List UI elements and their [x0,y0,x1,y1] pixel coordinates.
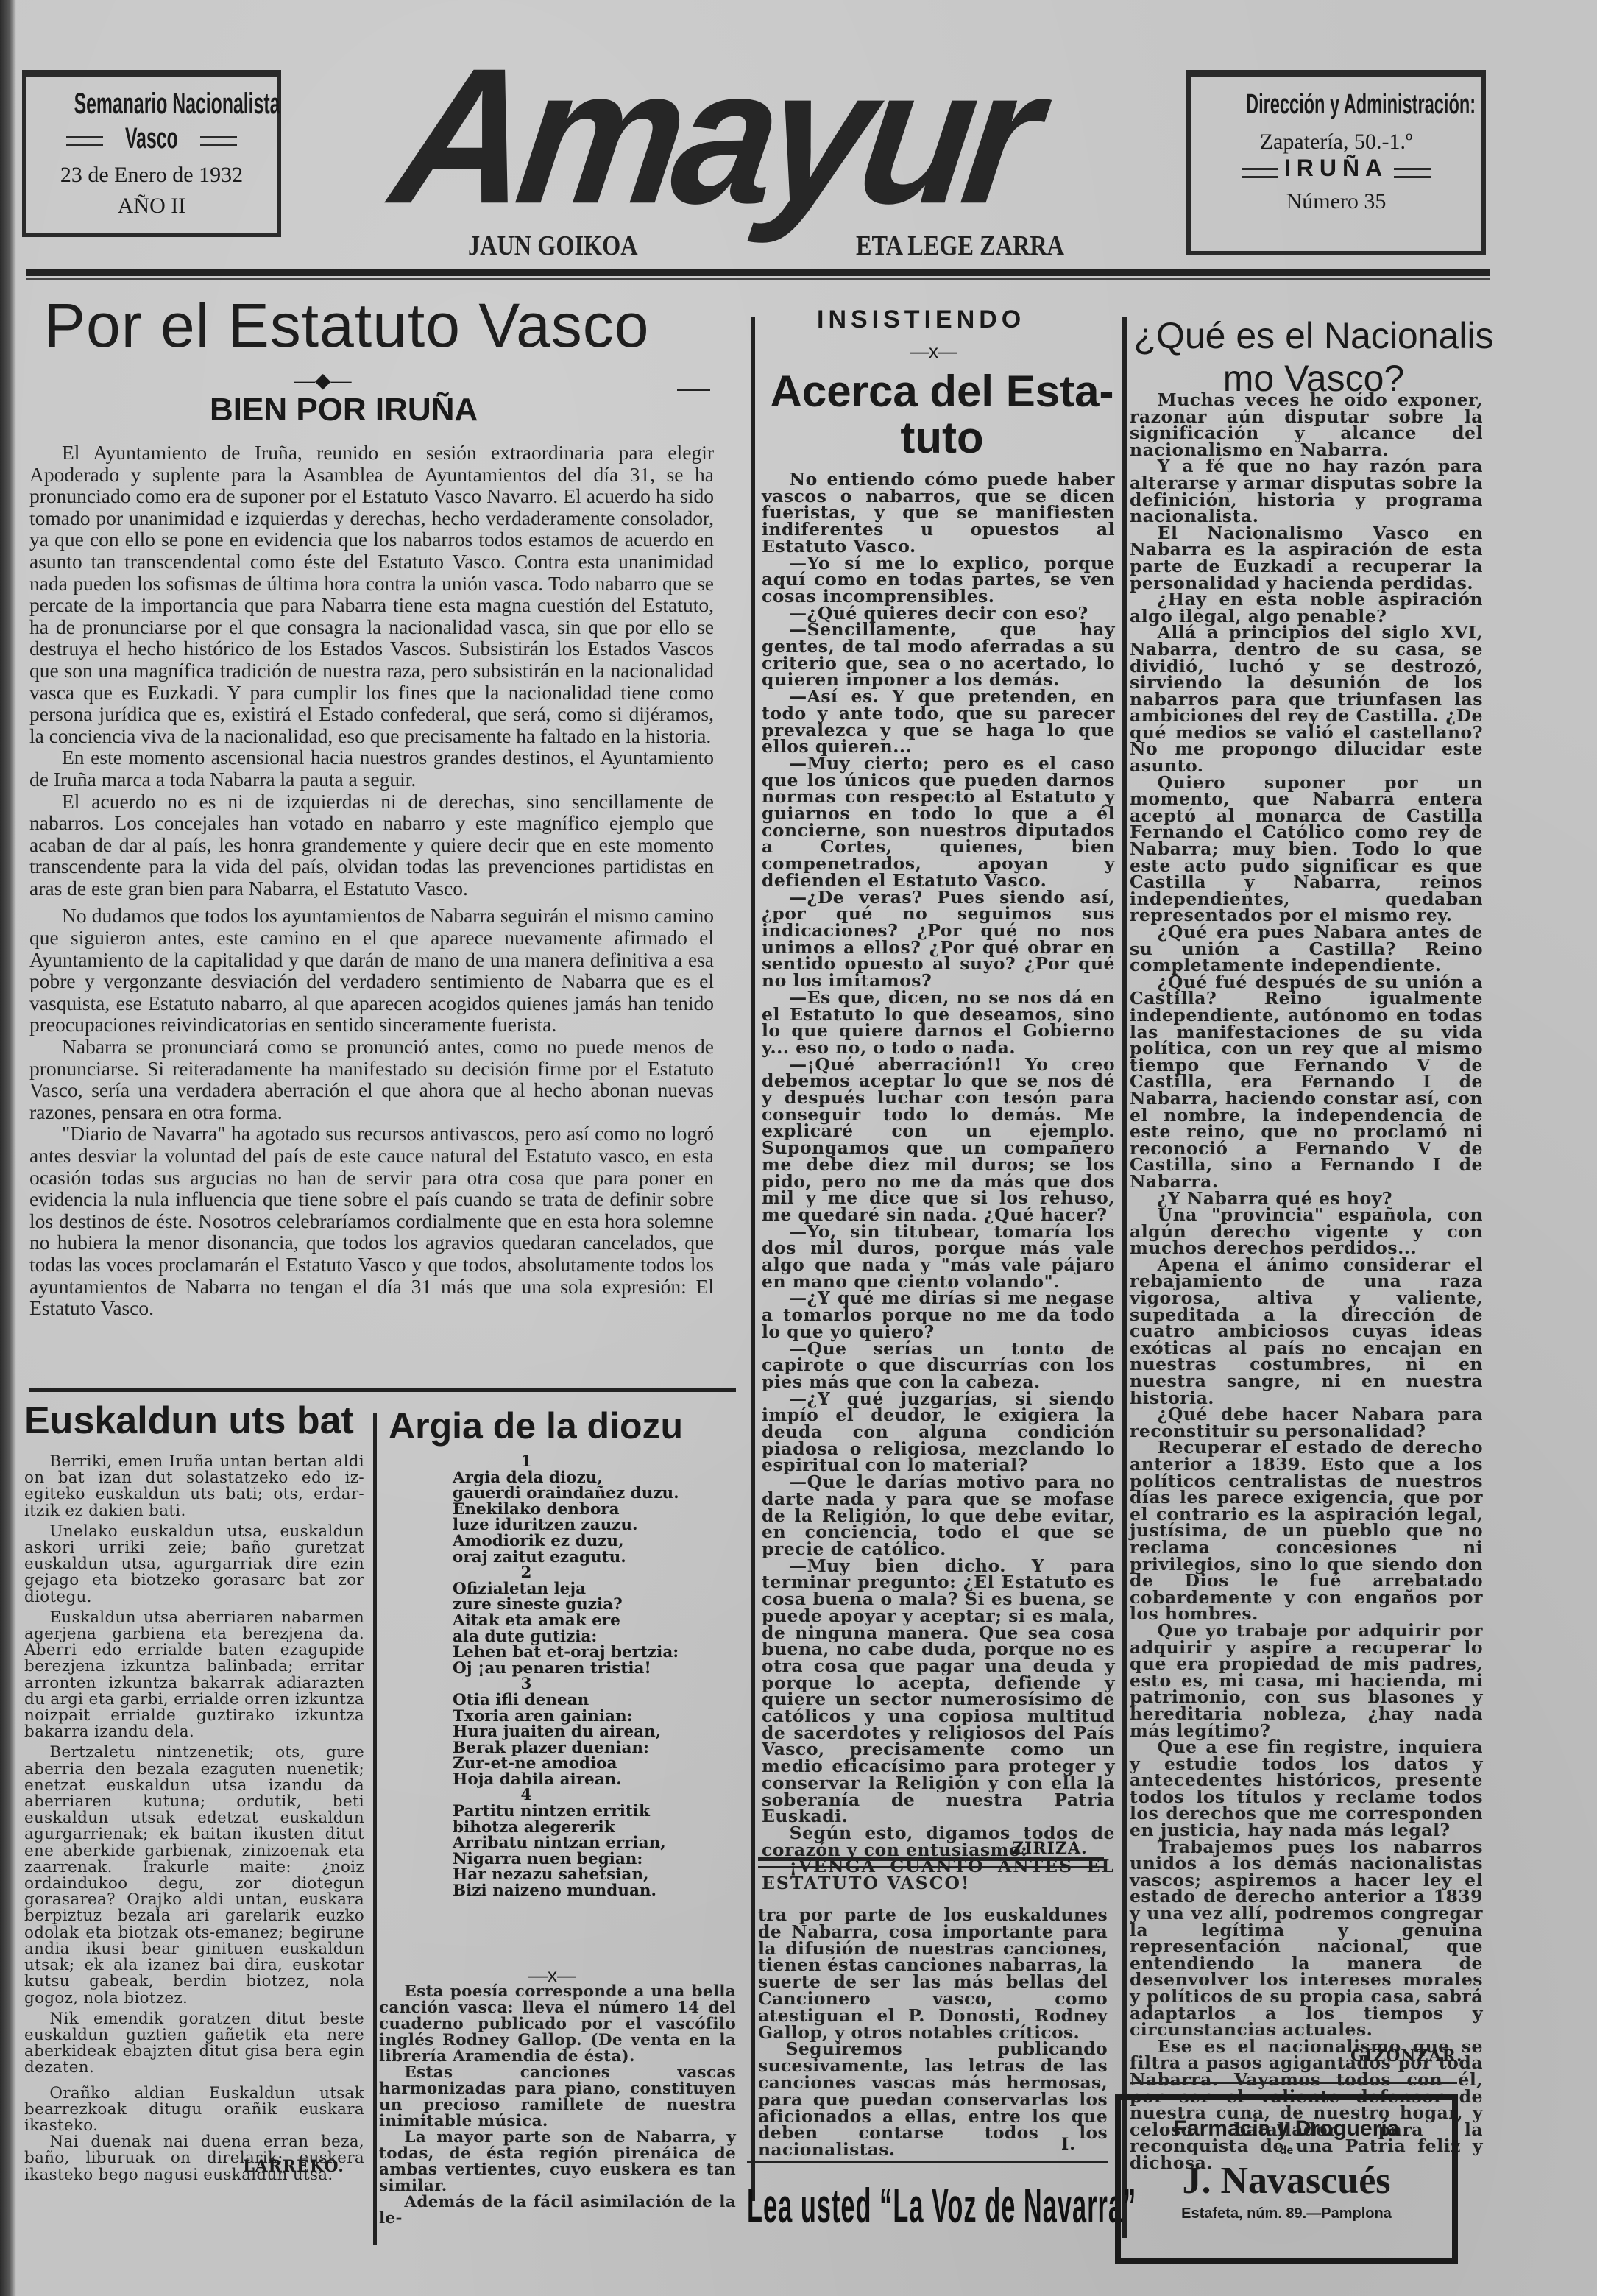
poem-line: zure sineste guzia? [453,1597,732,1613]
paragraph: Recuperar el estado de derecho anterior … [1130,1439,1483,1622]
dash-mark [677,389,710,391]
poem-line: Bizi naizeno munduan. [453,1883,732,1899]
paragraph: —Que serías un tonto de capirote o que d… [762,1340,1115,1391]
poem-line: Hura juaiten du airean, [453,1724,732,1740]
headline-acerca: Acerca del Esta- tuto [758,368,1126,461]
paragraph: —¿Y qué me dirías si me negase a tomarlo… [762,1290,1115,1340]
paragraph: Trabajemos pues los nabarros unidos a lo… [1130,1839,1483,2038]
headline-estatuto: Por el Estatuto Vasco [44,294,650,356]
headline-argia: Argia de la diozu [389,1405,683,1447]
poem-line: Txoria aren gainian: [453,1709,732,1725]
masthead-year: AÑO II [26,194,277,219]
ornament-divider: —◆— [294,368,352,393]
motto-right: ETA LEGE ZARRA [856,230,1064,262]
paragraph: Que a ese fin registre, inquiera y estud… [1130,1739,1483,1839]
ad-pharmacy: Farmacia y Droguería de J. Navascués Est… [1115,2094,1458,2264]
headline-line: ¿Qué es el Nacionalis [1130,315,1498,358]
paragraph: —Sencillamente, que hay gentes, de tal m… [762,621,1115,688]
stanza-number: 3 [453,1676,600,1692]
poem-line: Nigarra nuen begian: [453,1851,732,1868]
pharmacy-address: Estafeta, núm. 89.—Pamplona [1121,2205,1452,2222]
article-insistiendo-body: No entiendo cómo puede haber vascos o na… [762,471,1115,1892]
paragraph: Allá a principios del siglo XVI, Nabarra… [1130,624,1483,774]
signature-initial: I. [1061,2135,1076,2154]
section-rule [747,2161,1108,2163]
headline-nacionalismo: ¿Qué es el Nacionalis mo Vasco? [1130,315,1498,400]
poem-line: Berak plazer duenian: [453,1740,732,1756]
masthead-publication-type-line2: Vasco [26,121,277,155]
poem-line: Arribatu nintzan errian, [453,1835,732,1851]
paragraph: Esta poesía corresponde a una bella canc… [379,1984,736,2065]
paragraph: No entiendo cómo puede haber vascos o na… [762,471,1115,555]
paragraph: —Es que, dicen, no se nos dá en el Estat… [762,989,1115,1056]
signature-larreko: LARREKO. [243,2157,344,2176]
poem-line: Enekilako denbora [453,1502,732,1518]
masthead-publication-type: Semanario Nacionalista [74,88,230,121]
poem-line: Argia dela diozu, [453,1470,732,1486]
paragraph: Que yo trabaje por adquirir por adquirir… [1130,1622,1483,1739]
article-argia-continuation: tra por parte de los euskaldunes de Naba… [758,1907,1108,2158]
paragraph: ¿Qué debe hacer Nabara para reconstituir… [1130,1406,1483,1439]
article-argia-body: Esta poesía corresponde a una bella canc… [379,1984,736,2227]
address-heading: Dirección y Administración: [1246,89,1426,121]
paragraph: Estas canciones vascas harmonizadas para… [379,2065,736,2130]
paragraph: ¡VENGA CUANTO ANTES EL ESTATUTO VASCO! [762,1858,1115,1891]
stanza-number: 4 [453,1787,600,1804]
newspaper-page: Semanario Nacionalista Vasco 23 de Enero… [0,0,1597,2296]
masthead-info-box: Semanario Nacionalista Vasco 23 de Enero… [22,70,281,237]
masthead-rule-thin [26,278,1490,280]
poem-line: Hoja dabila airean. [453,1772,732,1788]
poem-line: gauerdi oraindañez duzu. [453,1486,732,1502]
newspaper-title: Amayur [384,40,1044,233]
paragraph: ¿Qué era pues Nabara antes de su unión a… [1130,924,1483,974]
poem-line: luze iduritzen zauzu. [453,1517,732,1533]
paragraph: ¿Hay en esta noble aspiración algo ilega… [1130,591,1483,624]
poem: 1 Argia dela diozu, gauerdi oraindañez d… [453,1454,732,1899]
paragraph: La mayor parte son de Nabarra, y todas, … [379,2130,736,2194]
paragraph: El acuerdo no es ni de izquierdas ni de … [29,791,714,900]
paragraph: —¿De veras? Pues siendo así, ¿por qué no… [762,889,1115,989]
poem-line: Aitak eta amak ere [453,1613,732,1629]
masthead-rule [26,269,1490,276]
article-euskaldun-body: Berriki, emen Iruña untan bertan aldi on… [24,1454,364,2183]
paragraph: Y a fé que no hay razón para alterarse y… [1130,458,1483,524]
paragraph: Apena el ánimo considerar el rebajamient… [1130,1257,1483,1406]
paragraph: —Así es. Y que pretenden, en todo y ante… [762,688,1115,755]
paragraph: Bertzaletu nintzenetik; ots, gure aberri… [24,1745,364,2006]
section-rule [29,1388,736,1392]
paragraph: —¡Qué aberración!! Yo creo debemos acept… [762,1056,1115,1223]
subhead-bien-por-iruna: BIEN POR IRUÑA [210,392,478,428]
address-city-row: IRUÑA [1191,155,1481,182]
double-rule [200,136,237,146]
stanza-number: 2 [453,1565,600,1581]
paragraph: —Yo, sin titubear, tomaría los dos mil d… [762,1223,1115,1290]
poem-line: oraj zaitut ezagutu. [453,1550,732,1566]
address-city: IRUÑA [1284,155,1388,181]
ad-la-voz-de-navarra: Lea usted “La Voz de Navarra” [747,2177,1136,2233]
paragraph: "Diario de Navarra" ha agotado sus recur… [29,1123,714,1318]
paragraph: Una "provincia" española, con algún dere… [1130,1207,1483,1257]
poem-line: Zur-et-ne amodioa [453,1756,732,1772]
motto-left: JAUN GOIKOA [468,230,638,262]
signature-gizonzar: GIZONZAR. [1350,2046,1462,2066]
paragraph: Euskaldun utsa aberriaren nabarmen agerj… [24,1610,364,1741]
article-nacionalismo-body: Muchas veces he oído exponer, razonar aú… [1130,392,1483,2172]
article-estatuto-body: El Ayuntamiento de Iruña, reunido en ses… [29,442,714,1319]
paragraph: En este momento ascensional hacia nuestr… [29,746,714,790]
double-rule [1394,168,1431,178]
paragraph: ¿Qué fué después de su unión a Castilla?… [1130,974,1483,1190]
paragraph: Unelako euskaldun utsa, euskaldun askori… [24,1524,364,1606]
paragraph: Nabarra se pronunciará como se pronunció… [29,1036,714,1123]
headline-euskaldun: Euskaldun uts bat [24,1399,354,1443]
paragraph: Orañko aldian Euskaldun utsak bearrezkoa… [24,2085,364,2135]
signature-ziriza: ZIRIZA. [1012,1839,1088,1858]
issue-number: Número 35 [1191,189,1481,214]
scan-edge [0,0,16,2296]
poem-line: Oj ¡au penaren tristia! [453,1661,732,1677]
paragraph: Nik emendik goratzen ditut beste euskald… [24,2011,364,2077]
stanza-number: 1 [453,1454,600,1470]
poem-line: ala dute gutizia: [453,1629,732,1645]
paragraph: —Muy bien dicho. Y para terminar pregunt… [762,1558,1115,1825]
paragraph: El Ayuntamiento de Iruña, reunido en ses… [29,442,714,746]
address-street: Zapatería, 50.-1.º [1191,130,1481,155]
poem-line: Har nezazu sahetsian, [453,1867,732,1883]
kicker-insistiendo: INSISTIENDO [817,305,1025,334]
column-rule [751,317,755,2201]
separator: —x— [910,340,957,363]
paragraph: —Que le darías motivo para no darte nada… [762,1474,1115,1558]
paragraph: Berriki, emen Iruña untan bertan aldi on… [24,1454,364,1519]
paragraph: Muchas veces he oído exponer, razonar aú… [1130,392,1483,458]
pharmacy-line2: de [1121,2144,1452,2158]
paragraph: Además de la fácil asimilación de la le- [379,2194,736,2227]
poem-line: Partitu nintzen erritik [453,1804,732,1820]
column-rule [373,1413,377,2245]
masthead-address-box: Dirección y Administración: Zapatería, 5… [1186,70,1486,255]
headline-line: tuto [758,414,1126,461]
double-rule [66,136,103,146]
paragraph: No dudamos que todos los ayuntamientos d… [29,905,714,1036]
pharmacy-line1: Farmacia y Droguería [1121,2116,1452,2141]
poem-line: Lehen bat et-oraj bertzia: [453,1645,732,1661]
column-rule [1122,317,1127,2238]
pharmacy-name: J. Navascués [1121,2159,1452,2203]
poem-line: Amodiorik ez duzu, [453,1533,732,1550]
paragraph: tra por parte de los euskaldunes de Naba… [758,1907,1108,2041]
poem-line: Ofizialetan leja [453,1581,732,1597]
poem-line: bihotza alegererik [453,1820,732,1836]
masthead-date: 23 de Enero de 1932 [26,163,277,188]
masthead-vasco: Vasco [125,122,178,155]
double-rule [1242,168,1278,178]
headline-line: Acerca del Esta- [758,368,1126,414]
paragraph: Quiero suponer por un momento, que Nabar… [1130,774,1483,924]
paragraph: —¿Y qué juzgarías, si siendo impío el de… [762,1391,1115,1474]
paragraph: El Nacionalismo Vasco en Nabarra es la a… [1130,525,1483,591]
poem-line: Otia ifli denean [453,1692,732,1709]
paragraph: Seguiremos publicando sucesivamente, las… [758,2041,1108,2158]
paragraph: —Muy cierto; pero es el caso que los úni… [762,755,1115,889]
paragraph: —Yo sí me lo explico, porque aquí como e… [762,555,1115,605]
